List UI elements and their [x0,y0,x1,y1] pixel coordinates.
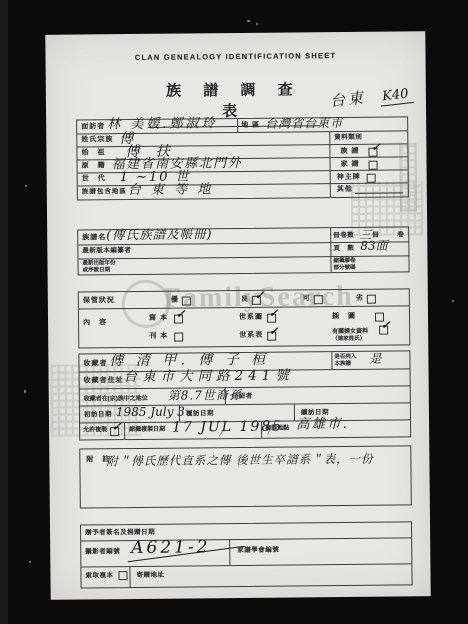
listed-label-line2: 本族譜 [334,361,351,369]
donor-signature-label: 贈予者簽名及捐贈日期 [85,529,155,537]
sheet-title-en: CLAN GENEALOGY IDENTIFICATION SHEET [45,51,425,63]
genealogy-title-table: 族譜名 (傅氏族譜及帳冊) 冊卷數 三 冊 卷 最新版本編纂者 頁 數 83面 … [77,226,409,275]
publication-year-label-line2: 或序跋日期 [83,267,111,275]
category-clan-label: 族 譜 [340,148,359,156]
introducer-label: 介紹者 [232,393,253,400]
founder-label: 始 祖 [81,149,105,157]
listed-value: 是 [369,353,381,365]
condition-poor-label: 劣 [356,295,364,303]
copy-permitted-checkmark: ✓ [112,421,121,432]
owner-address-value: 台東市大同路241號 [124,369,294,384]
genealogy-name-value: (傅氏族譜及帳冊) [106,228,212,242]
film-speck [25,185,27,187]
request-copy-label: 索取複本 [85,572,113,579]
content-pedigree-chart-checkmark: ✓ [269,308,278,319]
film-speck [24,390,26,393]
content-women-note: （娘家姓氏） [332,336,365,344]
coverage-label: 族譜包含地區 [82,188,127,196]
photographer-number-label: 攝影者編號 [85,548,120,555]
genealogy-name-label: 族譜名 [82,234,106,242]
clan-position-label: 收藏者在(宗)族中之地位 [84,395,148,404]
compiler-label: 最新版本編纂者 [82,247,131,255]
condition-label: 保管狀況 [83,297,115,305]
coverage-value: 台 東 等 地 [128,183,214,197]
interviewer-value: 林 美媛.鄭淑玲 [107,117,217,131]
category-other-label: 其他 [337,186,353,194]
origin-label: 原 籍 [82,162,106,170]
scanned-form-paper: FamilySearch CLAN GENEALOGY IDENTIFICATI… [45,31,430,600]
content-pedigree-table-label: 世系表 [239,332,263,340]
surname-label: 姓氏宗族 [81,136,113,144]
copy-place-label: 複製地點 [265,425,289,433]
condition-good-checkmark: ✓ [255,290,264,301]
generations-label: 世 代 [82,175,106,183]
first-visit-label: 初訪日期 [84,411,112,418]
numbering-table: 贈予者簽名及捐贈日期 攝影者編號 A621-2 家譜學會編號 索取複本 寄贈地址 [80,521,413,588]
content-label: 內 容 [83,319,107,327]
owner-value: 傅 清 甲．傅 子 桓 [109,353,269,369]
second-visit-label: 覆訪日期 [186,410,214,417]
volumes-unit-juan: 卷 [397,231,404,238]
content-pedigree-chart-label: 世系圖 [239,314,263,322]
remarks-table: 附 註 附＂傅氏歷代直系之傳 後世生卒譜系＂表，一份 [79,445,412,508]
category-label: 資料類別 [334,134,362,141]
film-edge-strip [0,0,8,624]
microfilm-label-line2: 部分號碼 [334,265,356,273]
copy-place-value: 高雄市. [296,418,349,432]
photographer-number-value: A621-2 [131,539,210,557]
film-speck [452,300,454,302]
film-speck [256,23,258,25]
area-label: 地 區 [241,122,260,130]
category-tablet-checkbox [367,174,376,183]
filing-code: K40 [380,86,414,107]
film-copy-date-label: 縮攝複製日期 [129,426,165,434]
mailing-address-label: 寄贈地址 [136,572,164,579]
owner-address-label: 收藏者住址 [84,377,124,385]
category-tablet-label: 神主牌 [337,174,361,182]
pages-label: 頁 數 [333,245,354,252]
film-speck [247,20,250,22]
society-number-label: 家譜學會編號 [237,547,279,555]
owner-label: 收藏者 [83,360,107,368]
interviewer-label: 面訪者 [81,123,105,131]
content-manuscript-checkmark: ✓ [176,309,185,320]
scanned-microfilm-page: { "colors": {"film_black": "#0b0b0b", "p… [0,0,468,624]
pages-value: 83面 [360,240,387,252]
basic-info-table: 面訪者 林 美媛.鄭淑玲 地 區 台灣省台東市 姓氏宗族 傅 始 祖 傅 扶 原… [76,116,409,200]
film-speck [29,561,31,563]
content-print-checkbox [174,333,183,342]
condition-content-table: 保管狀況 優 良 ✓ 可 劣 內 容 寫 本 ✓ 刊 本 世系圖 ✓ 世系表 ✓… [78,288,411,348]
condition-fair-checkbox [314,295,323,304]
remarks-value: 附＂傅氏歷代直系之傳 後世生卒譜系＂表，一份 [106,454,373,468]
owner-table: 收藏者 傅 清 甲．傅 子 桓 是否列入 本族譜 是 收藏者住址 台東市大同路2… [78,350,411,440]
category-other-blank-line [355,185,403,193]
area-value: 台灣省台東市 [265,117,343,130]
condition-excellent-label: 優 [171,297,179,305]
category-clan-checkmark: ✓ [371,142,380,153]
condition-poor-checkbox [367,295,376,304]
content-print-label: 刊 本 [149,333,168,341]
content-women-checkmark: ✓ [381,320,390,331]
volumes-label: 冊卷數 [333,232,354,239]
filing-annotation: 台東 K40 [329,84,413,111]
content-manuscript-label: 寫 本 [149,315,168,323]
condition-excellent-checkbox [182,296,191,305]
content-illustration-label: 插 圖 [332,313,356,321]
request-copy-checkbox [118,571,127,580]
category-family-label: 家 譜 [341,161,360,169]
first-visit-value: 1985 July 3 [116,406,185,419]
condition-good-label: 良 [241,296,249,304]
category-family-checkbox [369,161,378,170]
content-pedigree-table-checkmark: ✓ [269,326,278,337]
copy-permitted-label: 允許複製 [83,426,107,434]
condition-fair-label: 可 [303,295,311,303]
filing-region: 台東 [329,88,367,110]
